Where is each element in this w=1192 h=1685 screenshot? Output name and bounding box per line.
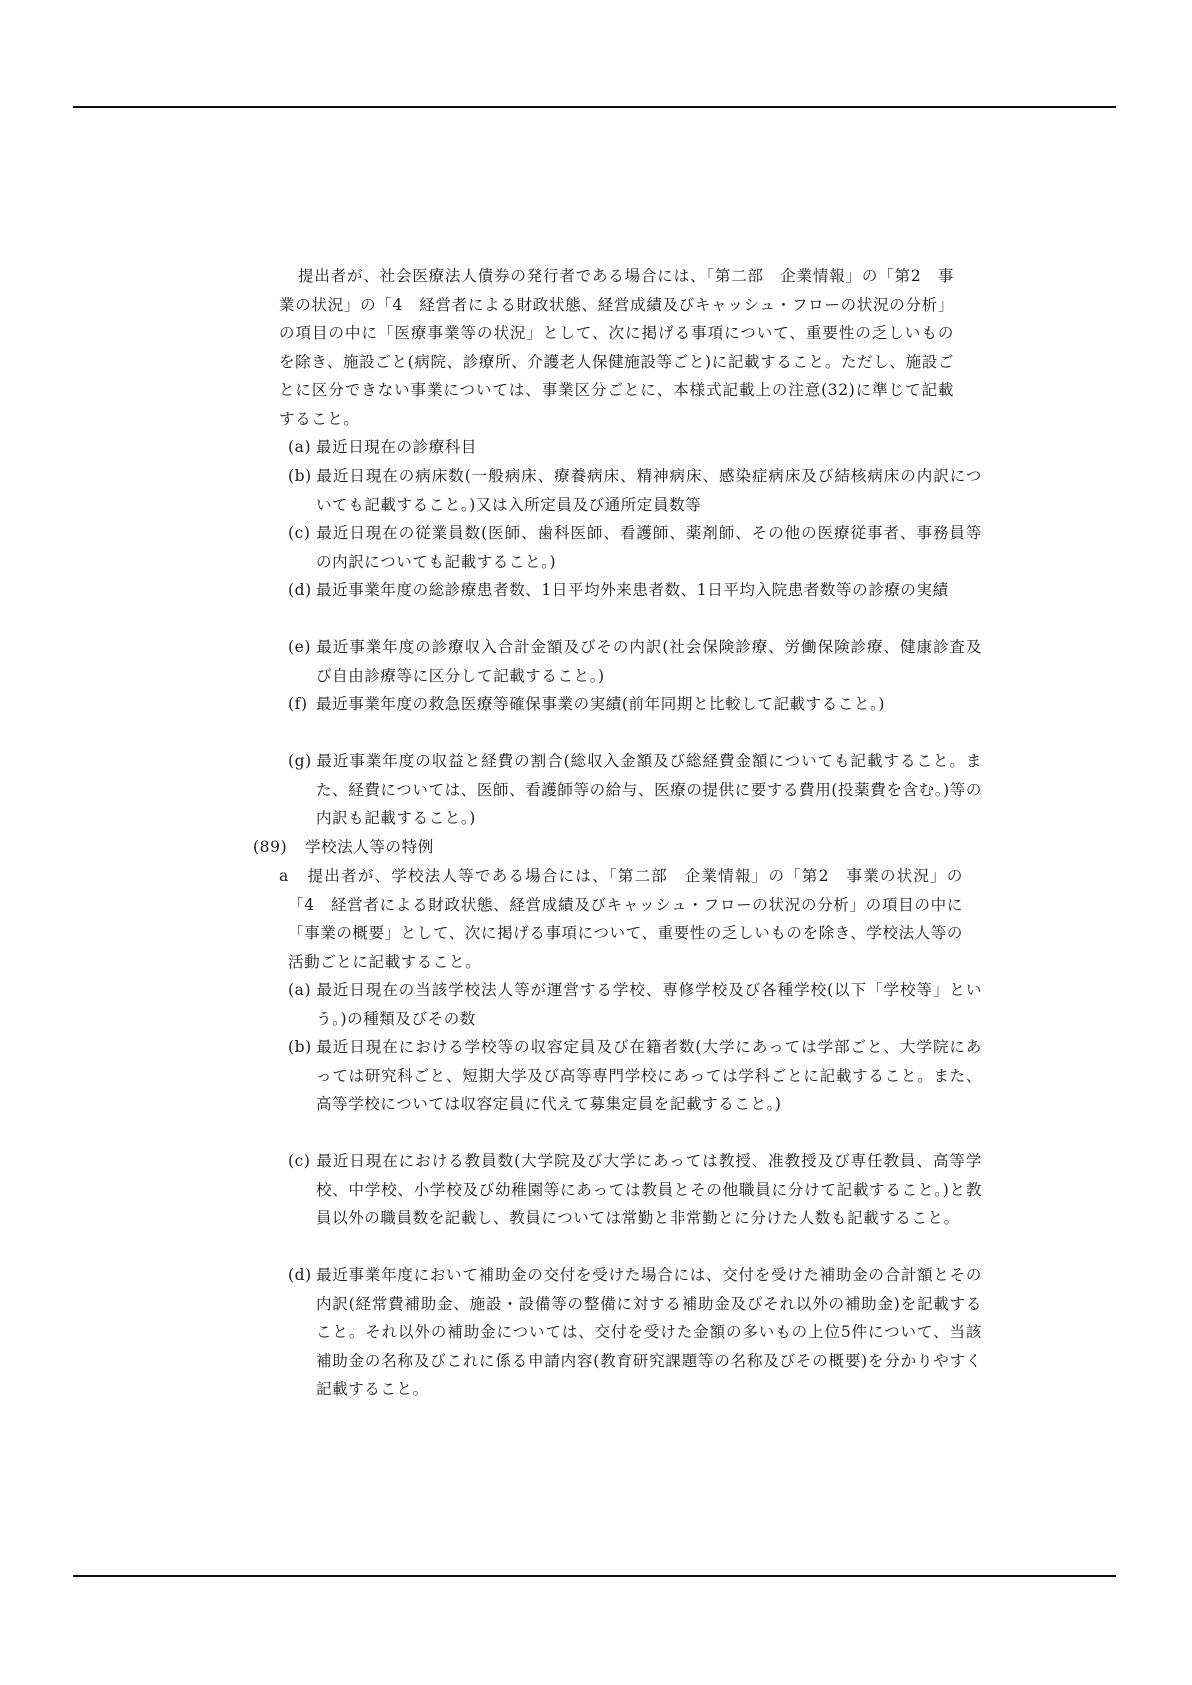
section-heading-89: (89)学校法人等の特例 xyxy=(253,833,434,862)
item-text: 最近日現在における教員数(大学院及び大学にあっては教授、准教授及び専任教員、高等… xyxy=(316,1152,982,1227)
item-label: (g) xyxy=(288,747,316,776)
medical-item-c: (c)最近日現在の従業員数(医師、歯科医師、看護師、薬剤師、その他の医療従事者、… xyxy=(288,519,982,576)
school-item-b: (b)最近日現在における学校等の収容定員及び在籍者数(大学にあっては学部ごと、大… xyxy=(288,1033,982,1119)
item-text: 最近事業年度の総診療患者数、1日平均外来患者数、1日平均入院患者数等の診療の実績 xyxy=(316,581,949,599)
item-label: (c) xyxy=(288,1147,316,1176)
medical-item-g: (g)最近事業年度の収益と経費の割合(総収入金額及び総経費金額についても記載する… xyxy=(288,747,982,833)
medical-item-d: (d)最近事業年度の総診療患者数、1日平均外来患者数、1日平均入院患者数等の診療… xyxy=(288,576,982,605)
item-text: 最近事業年度の救急医療等確保事業の実績(前年同期と比較して記載すること。) xyxy=(316,695,885,713)
section-title: 学校法人等の特例 xyxy=(305,838,434,856)
sub-text: 提出者が、学校法人等である場合には、「第二部 企業情報」の「第2 事業の状況」の… xyxy=(288,867,963,971)
item-label: (f) xyxy=(288,690,316,719)
item-label: (d) xyxy=(288,1261,316,1290)
item-text: 最近事業年度の診療収入合計金額及びその内訳(社会保険診療、労働保険診療、健康診査… xyxy=(316,638,982,685)
section-number: (89) xyxy=(253,833,305,862)
medical-intro-paragraph: 提出者が、社会医療法人債券の発行者である場合には、「第二部 企業情報」の「第2 … xyxy=(279,262,954,433)
item-text: 最近日現在の当該学校法人等が運営する学校、専修学校及び各種学校(以下「学校等」と… xyxy=(316,981,982,1028)
item-label: (e) xyxy=(288,633,316,662)
medical-item-e: (e)最近事業年度の診療収入合計金額及びその内訳(社会保険診療、労働保険診療、健… xyxy=(288,633,982,690)
item-text: 最近事業年度において補助金の交付を受けた場合には、交付を受けた補助金の合計額とそ… xyxy=(316,1266,982,1398)
sub-label: a xyxy=(279,862,307,891)
medical-item-a: (a)最近日現在の診療科目 xyxy=(288,433,982,462)
school-item-a: (a)最近日現在の当該学校法人等が運営する学校、専修学校及び各種学校(以下「学校… xyxy=(288,976,982,1033)
school-sub-a-paragraph: a提出者が、学校法人等である場合には、「第二部 企業情報」の「第2 事業の状況」… xyxy=(279,862,963,976)
item-text: 最近日現在の従業員数(医師、歯科医師、看護師、薬剤師、その他の医療従事者、事務員… xyxy=(316,524,982,571)
school-item-c: (c)最近日現在における教員数(大学院及び大学にあっては教授、准教授及び専任教員… xyxy=(288,1147,982,1233)
item-label: (b) xyxy=(288,462,316,491)
item-label: (a) xyxy=(288,976,316,1005)
medical-item-b: (b)最近日現在の病床数(一般病床、療養病床、精神病床、感染症病床及び結核病床の… xyxy=(288,462,982,519)
item-label: (c) xyxy=(288,519,316,548)
item-text: 最近日現在の診療科目 xyxy=(316,438,477,456)
item-label: (b) xyxy=(288,1033,316,1062)
item-text: 最近事業年度の収益と経費の割合(総収入金額及び総経費金額についても記載すること。… xyxy=(316,752,982,827)
item-label: (d) xyxy=(288,576,316,605)
item-text: 最近日現在の病床数(一般病床、療養病床、精神病床、感染症病床及び結核病床の内訳に… xyxy=(316,467,982,514)
item-text: 最近日現在における学校等の収容定員及び在籍者数(大学にあっては学部ごと、大学院に… xyxy=(316,1038,982,1113)
footer-rule xyxy=(73,1575,1116,1577)
school-item-d: (d)最近事業年度において補助金の交付を受けた場合には、交付を受けた補助金の合計… xyxy=(288,1261,982,1404)
medical-item-f: (f)最近事業年度の救急医療等確保事業の実績(前年同期と比較して記載すること。) xyxy=(288,690,982,719)
header-rule xyxy=(73,106,1116,108)
item-label: (a) xyxy=(288,433,316,462)
